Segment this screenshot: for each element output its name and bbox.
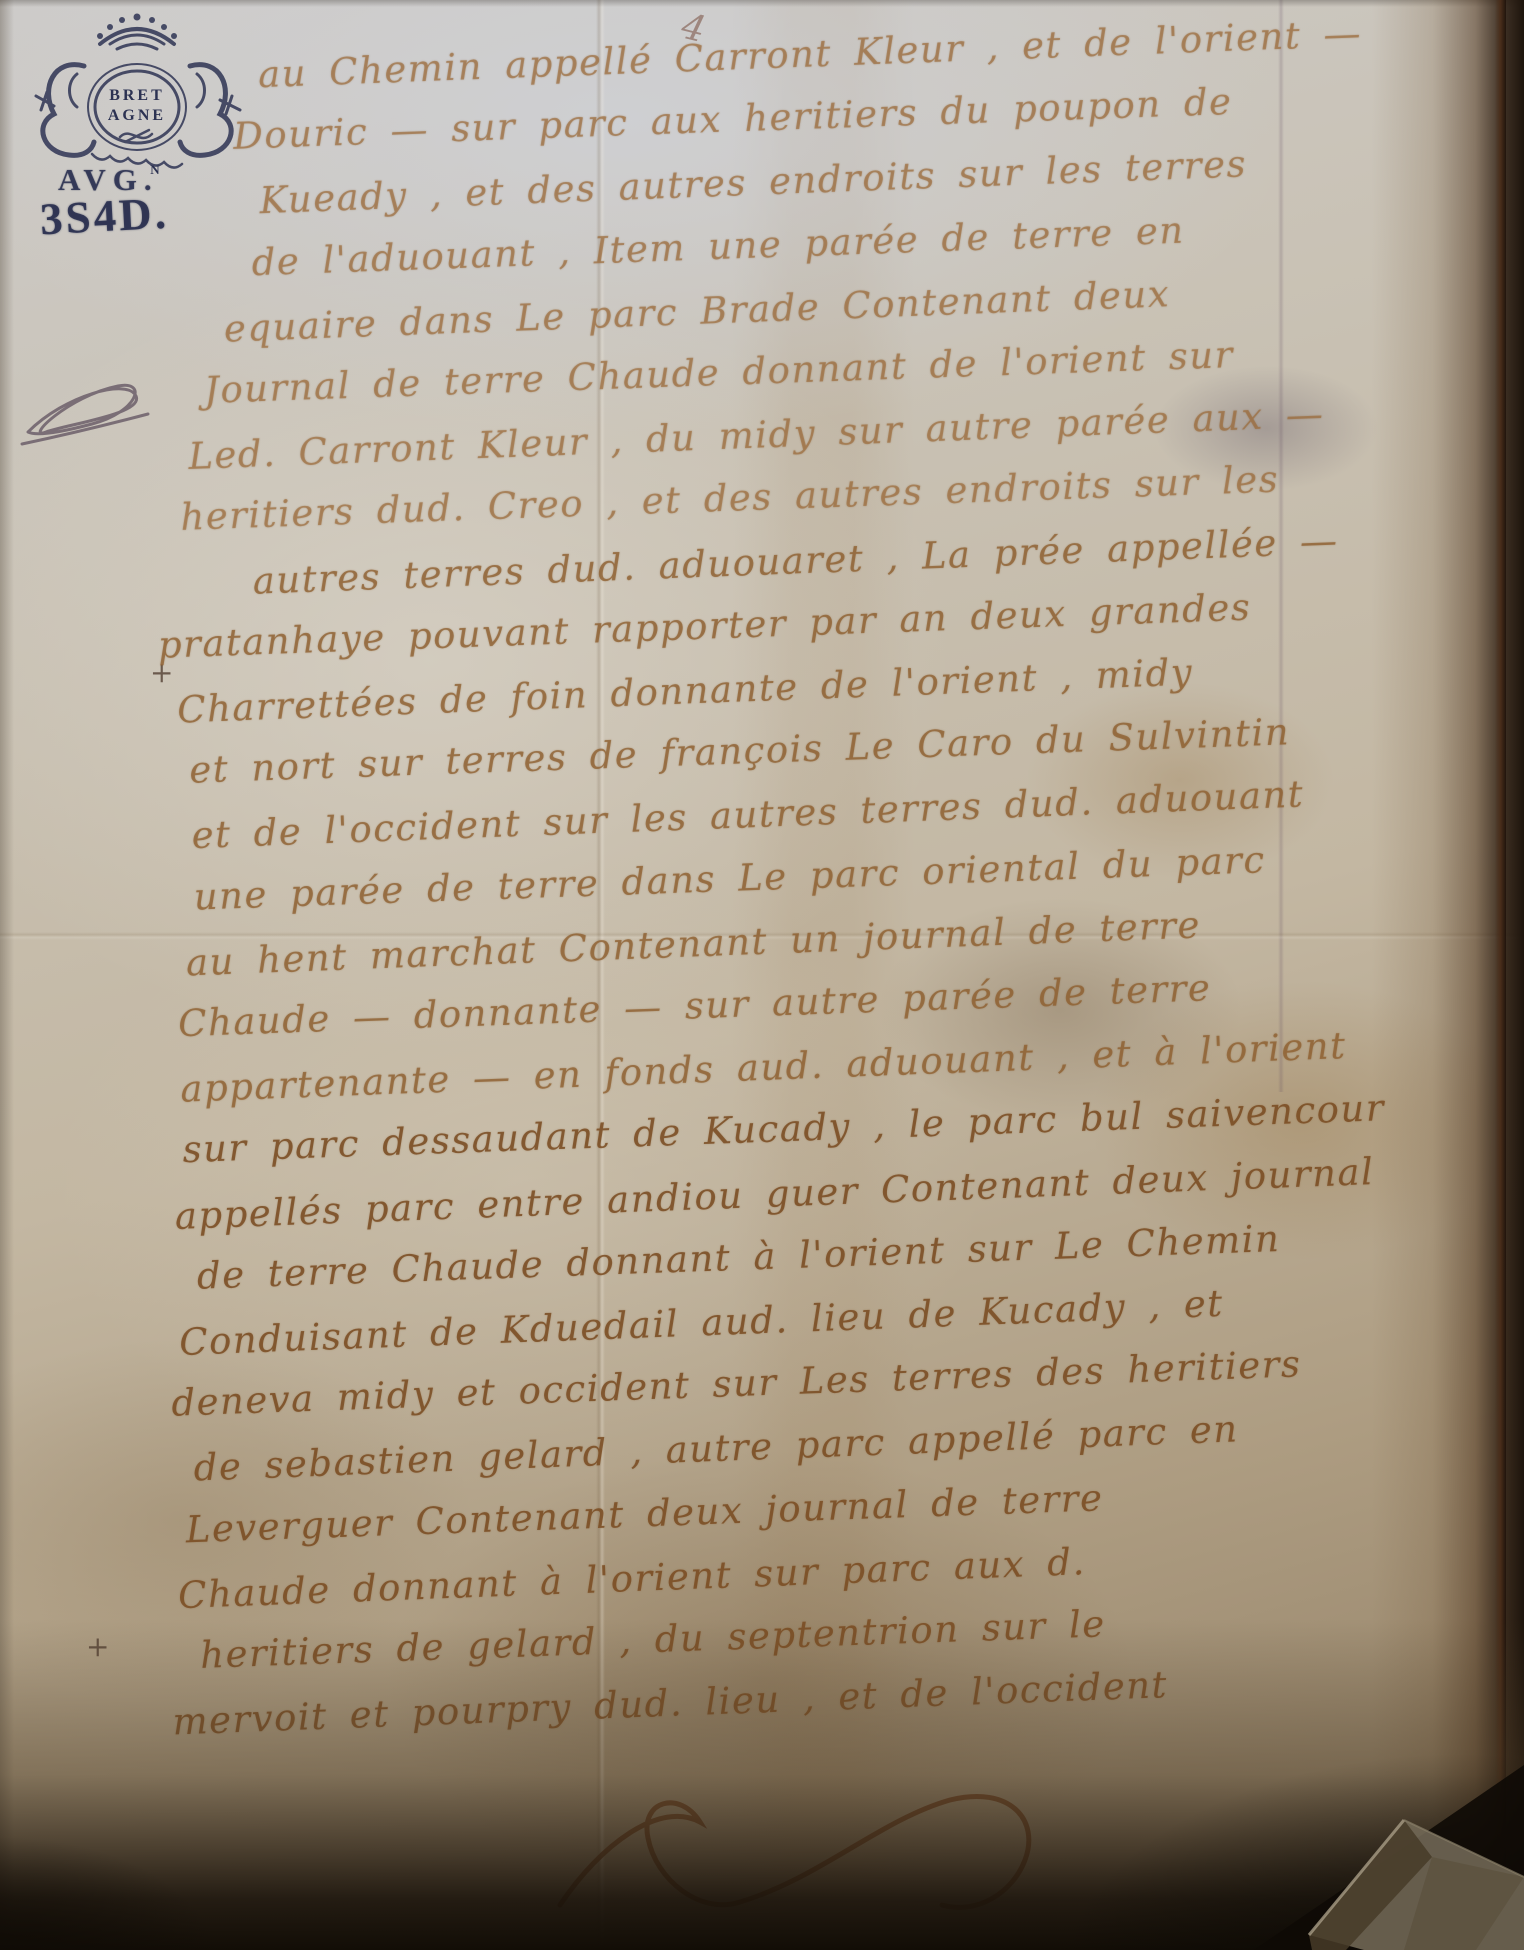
signature-flourish (480, 1760, 1120, 1940)
manuscript-page: BRET AGNE N AVG. 3S4D. 4 + + au Chemin a… (0, 0, 1524, 1950)
page-edge-line (1495, 0, 1506, 1950)
margin-cross-mark: + (86, 1630, 109, 1663)
manuscript-text-block: au Chemin appellé Carront Kleur , et de … (112, 5, 1351, 1752)
folded-corner (1214, 1725, 1524, 1950)
